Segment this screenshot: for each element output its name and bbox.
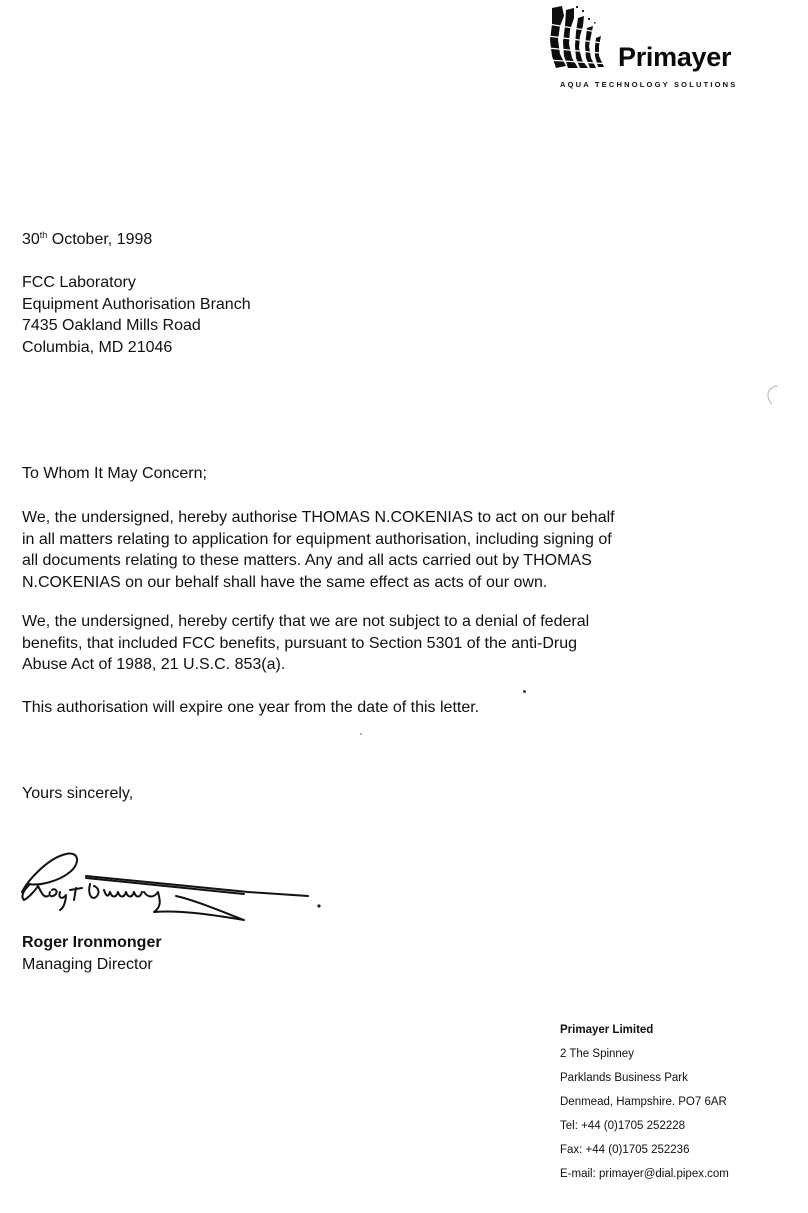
wave-grid-logo-icon [548, 4, 610, 70]
paragraph-line: This authorisation will expire one year … [22, 697, 662, 719]
salutation: To Whom It May Concern; [22, 463, 207, 485]
paragraph-line: Abuse Act of 1988, 21 U.S.C. 853(a). [22, 654, 662, 676]
recipient-line: Columbia, MD 21046 [22, 337, 251, 359]
footer-address-line: Parklands Business Park [560, 1066, 729, 1090]
footer-address-line: 2 The Spinney [560, 1042, 729, 1066]
date-day: 30 [22, 231, 40, 248]
scan-mark-icon [762, 384, 782, 406]
paragraph-line: benefits, that included FCC benefits, pu… [22, 633, 662, 655]
recipient-line: 7435 Oakland Mills Road [22, 315, 251, 337]
paragraph-certification: We, the undersigned, hereby certify that… [22, 611, 662, 676]
handwritten-signature-icon [8, 840, 328, 930]
signer-title: Managing Director [22, 954, 162, 976]
footer-company-name: Primayer Limited [560, 1018, 729, 1042]
company-tagline: AQUA TECHNOLOGY SOLUTIONS [560, 80, 738, 89]
paragraph-expiry: This authorisation will expire one year … [22, 697, 662, 719]
date-month-year: October, 1998 [47, 231, 152, 248]
letter-date: 30th October, 1998 [22, 229, 152, 251]
scan-speck [360, 733, 362, 735]
paragraph-line: N.COKENIAS on our behalf shall have the … [22, 572, 662, 594]
closing: Yours sincerely, [22, 783, 133, 805]
signer-block: Roger Ironmonger Managing Director [22, 932, 162, 975]
footer-email: E-mail: primayer@dial.pipex.com [560, 1162, 729, 1186]
paragraph-line: We, the undersigned, hereby authorise TH… [22, 507, 662, 529]
recipient-address: FCC Laboratory Equipment Authorisation B… [22, 272, 251, 358]
footer-fax: Fax: +44 (0)1705 252236 [560, 1138, 729, 1162]
recipient-line: Equipment Authorisation Branch [22, 294, 251, 316]
paragraph-authorisation: We, the undersigned, hereby authorise TH… [22, 507, 662, 593]
company-logo-name: Primayer [618, 42, 731, 73]
paragraph-line: all documents relating to these matters.… [22, 550, 662, 572]
footer-address-line: Denmead, Hampshire. PO7 6AR [560, 1090, 729, 1114]
letterhead-logo: Primayer AQUA TECHNOLOGY SOLUTIONS [548, 4, 798, 94]
signer-name: Roger Ironmonger [22, 932, 162, 954]
paragraph-line: We, the undersigned, hereby certify that… [22, 611, 662, 633]
company-footer: Primayer Limited 2 The Spinney Parklands… [560, 1018, 729, 1186]
footer-tel: Tel: +44 (0)1705 252228 [560, 1114, 729, 1138]
paragraph-line: in all matters relating to application f… [22, 529, 662, 551]
recipient-line: FCC Laboratory [22, 272, 251, 294]
scan-speck [523, 690, 526, 693]
